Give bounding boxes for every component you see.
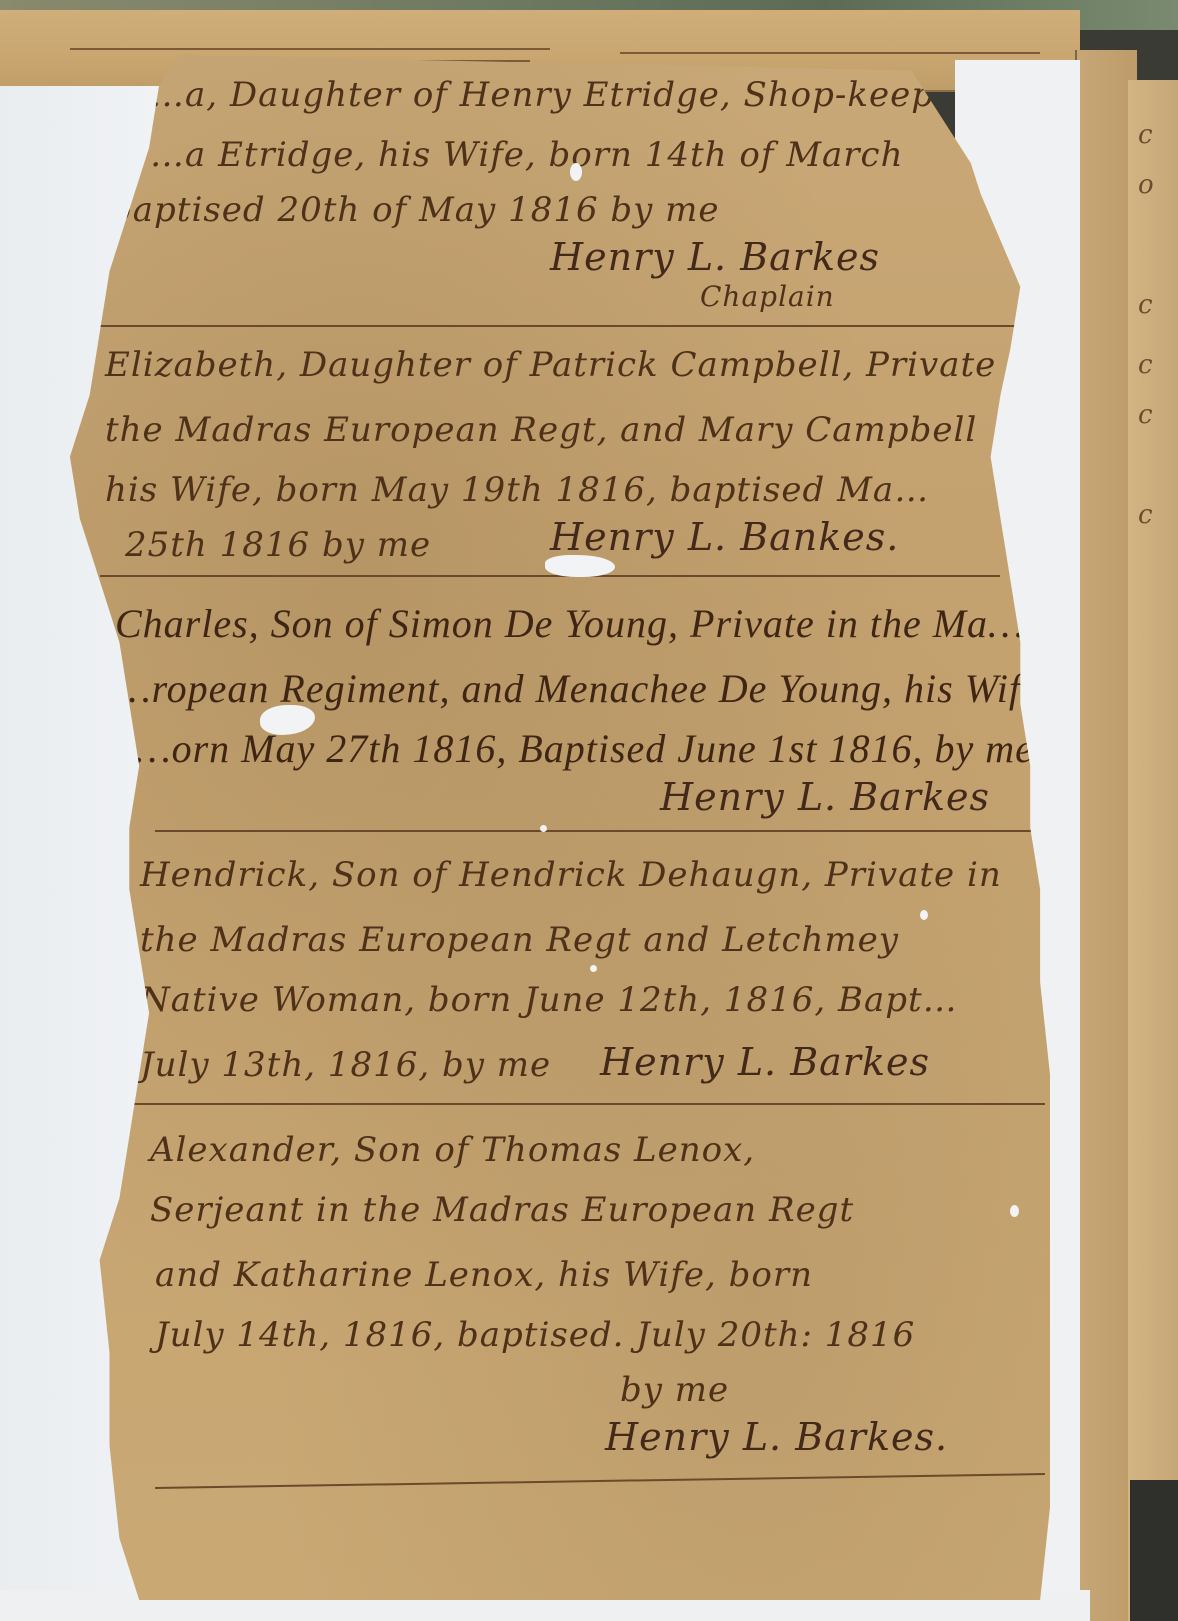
background-dark-corner bbox=[1130, 1480, 1178, 1621]
entry-1-line-2: …a Etridge, his Wife, born 14th of March bbox=[150, 135, 904, 175]
entry-1-title: Chaplain bbox=[700, 280, 835, 313]
entry-5-line-2: Serjeant in the Madras European Regt bbox=[150, 1190, 854, 1230]
entry-3-line-2: …ropean Regiment, and Menachee De Young,… bbox=[115, 665, 1040, 712]
neighbor-glyph: c bbox=[1138, 350, 1153, 380]
register-page: …a, Daughter of Henry Etridge, Shop-keep… bbox=[60, 55, 1050, 1600]
entry-5-line-4: July 14th, 1816, baptised. July 20th: 18… bbox=[155, 1315, 915, 1355]
entry-divider bbox=[155, 830, 1035, 832]
entry-2-line-2: the Madras European Regt, and Mary Campb… bbox=[105, 410, 977, 450]
entry-3-line-1: Charles, Son of Simon De Young, Private … bbox=[115, 600, 1025, 647]
neighbor-page-right: c o c c c c bbox=[1128, 80, 1178, 1621]
paper-hole bbox=[920, 910, 928, 920]
entry-divider bbox=[130, 1103, 1045, 1105]
neighbor-glyph: c bbox=[1138, 500, 1153, 530]
entry-4-line-3: Native Woman, born June 12th, 1816, Bapt… bbox=[140, 980, 958, 1020]
entry-3-signature: Henry L. Barkes bbox=[660, 775, 990, 819]
neighbor-glyph: c bbox=[1138, 120, 1153, 150]
entry-divider bbox=[155, 1473, 1045, 1489]
entry-4-signature: Henry L. Barkes bbox=[600, 1040, 930, 1084]
paper-hole bbox=[1010, 1205, 1019, 1217]
entry-5-line-3: and Katharine Lenox, his Wife, born bbox=[155, 1255, 813, 1295]
entry-2-line-1: Elizabeth, Daughter of Patrick Campbell,… bbox=[105, 345, 1043, 385]
entry-4-line-4: July 13th, 1816, by me bbox=[140, 1045, 551, 1085]
paper-hole bbox=[540, 825, 547, 832]
neighbor-glyph: c bbox=[1138, 290, 1153, 320]
entry-4-line-2: the Madras European Regt and Letchmey bbox=[140, 920, 899, 960]
entry-4-line-1: Hendrick, Son of Hendrick Dehaugn, Priva… bbox=[140, 855, 1002, 895]
entry-1-line-1: …a, Daughter of Henry Etridge, Shop-keep… bbox=[150, 75, 1019, 115]
entry-divider bbox=[100, 325, 1040, 327]
entry-2-signature: Henry L. Bankes. bbox=[550, 515, 899, 559]
entry-5-line-1: Alexander, Son of Thomas Lenox, bbox=[150, 1130, 755, 1170]
neighbor-glyph: o bbox=[1138, 170, 1154, 200]
entry-1-line-3: baptised 20th of May 1816 by me bbox=[110, 190, 720, 230]
neighbor-glyph: c bbox=[1138, 400, 1153, 430]
entry-5-signature: Henry L. Barkes. bbox=[605, 1415, 948, 1459]
entry-5-line-5: by me bbox=[620, 1370, 729, 1410]
paper-hole bbox=[570, 163, 582, 181]
entry-1-signature: Henry L. Barkes bbox=[550, 235, 880, 279]
paper-hole bbox=[590, 965, 597, 972]
entry-divider bbox=[100, 575, 1000, 577]
paper-tear bbox=[545, 555, 615, 577]
entry-2-line-4: 25th 1816 by me bbox=[125, 525, 431, 565]
entry-2-line-3: his Wife, born May 19th 1816, baptised M… bbox=[105, 470, 929, 510]
